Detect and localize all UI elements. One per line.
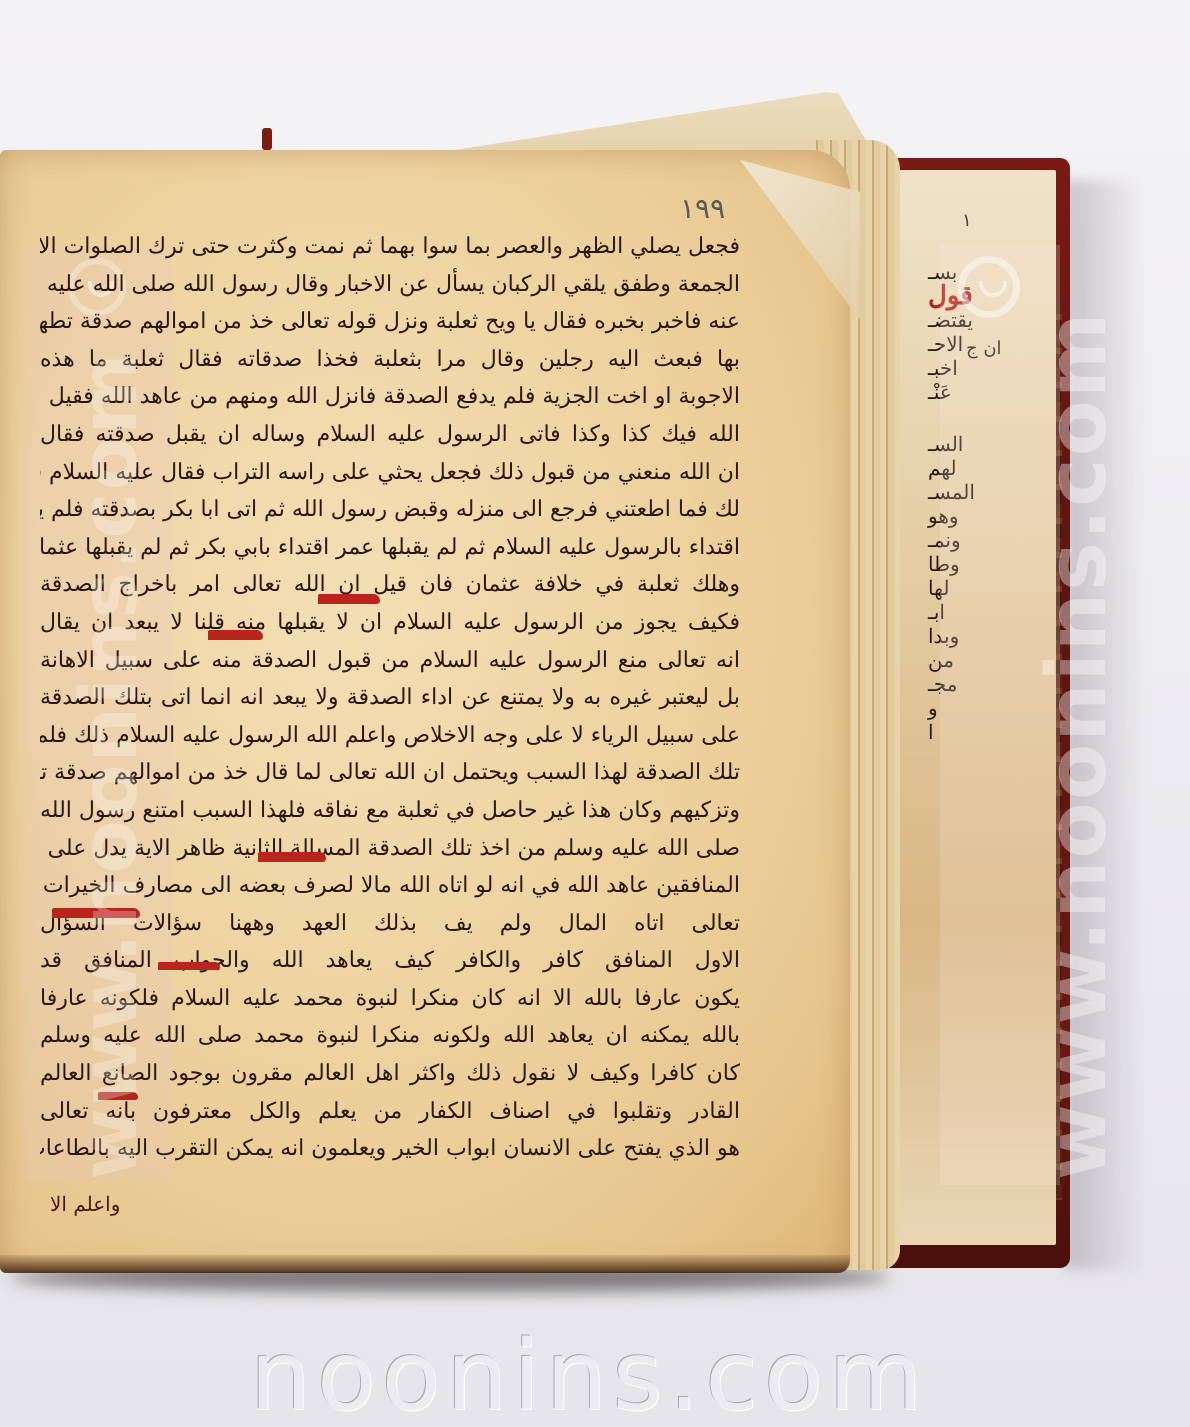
text-line: فجعل يصلي الظهر والعصر بما سوا بهما ثم ن… <box>40 228 740 266</box>
text-line: عنه فاخبر بخبره فقال يا ويح ثعلبة ونزل ق… <box>40 303 740 341</box>
folio-number: ١٩٩ <box>680 192 725 225</box>
copyright-icon <box>958 256 1020 318</box>
bookmark-tab <box>262 128 272 150</box>
text-line: الجمعة وطفق يلقي الركبان يسأل عن الاخبار… <box>40 266 740 304</box>
rubric-mark <box>208 630 263 640</box>
watermark-right: www.noonins.com <box>1030 311 1125 1180</box>
watermark-bottom: noonins.com <box>250 1320 870 1427</box>
left-page-bottom-edge <box>0 1255 850 1273</box>
watermark-left: www.noonins.com <box>65 352 155 1180</box>
rubric-mark <box>318 594 380 604</box>
rubric-mark <box>258 852 326 862</box>
right-page-number: ١ <box>962 210 972 231</box>
catchword: واعلم الا <box>50 1192 120 1216</box>
rubric-mark <box>158 962 220 970</box>
